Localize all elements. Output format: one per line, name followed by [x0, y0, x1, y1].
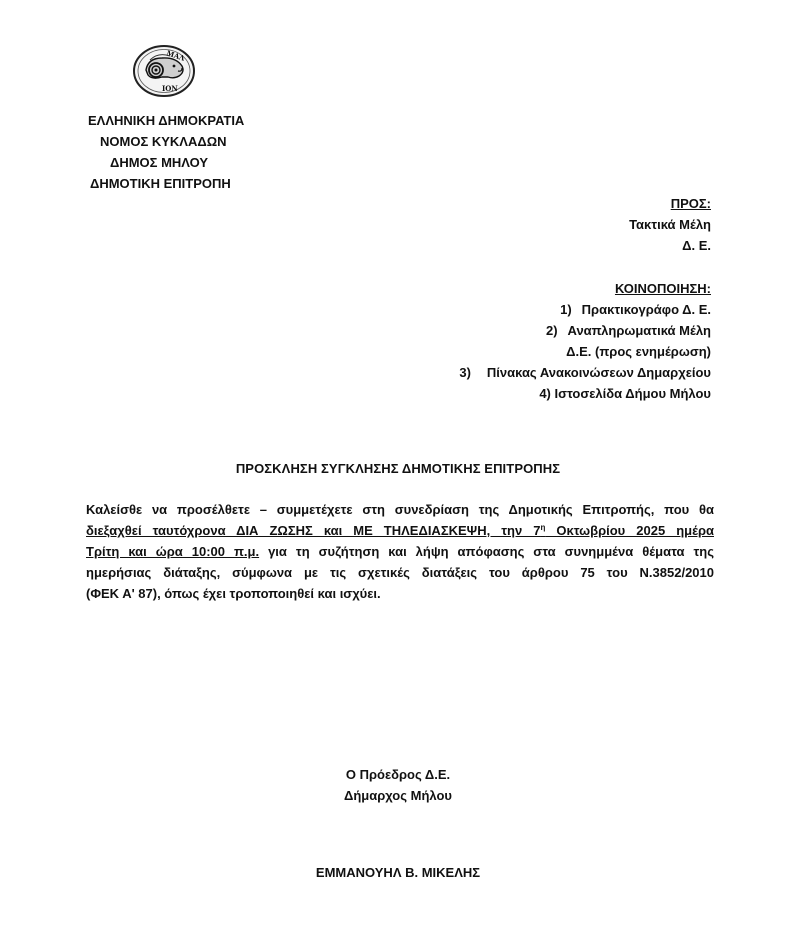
- cc-item: 3)Πίνακας Ανακοινώσεων Δημαρχείου: [351, 362, 711, 383]
- cc-item-text: Πίνακας Ανακοινώσεων Δημαρχείου: [487, 365, 711, 380]
- meeting-time-text: Τρίτη και ώρα 10:00 π.μ.: [86, 544, 259, 559]
- signature-block: Ο Πρόεδρος Δ.Ε. Δήμαρχος Μήλου: [0, 764, 796, 806]
- body-line-meeting-time: Τρίτη και ώρα 10:00 π.μ. για τη συζήτηση…: [86, 541, 714, 562]
- cc-item-number: 3): [459, 362, 471, 383]
- cc-item: 1)Πρακτικογράφο Δ. Ε.: [351, 299, 711, 320]
- to-line: Τακτικά Μέλη: [351, 214, 711, 235]
- meeting-date-text: Οκτωβρίου 2025 ημέρα: [545, 523, 714, 538]
- signatory-name: ΕΜΜΑΝΟΥΗΛ Β. ΜΙΚΕΛΗΣ: [0, 863, 796, 883]
- signatory-title: Δήμαρχος Μήλου: [0, 785, 796, 806]
- recipients-block: ΠΡΟΣ: Τακτικά Μέλη Δ. Ε. ΚΟΙΝΟΠΟΙΗΣΗ: 1)…: [351, 193, 711, 404]
- issuer-block: ΕΛΛΗΝΙΚΗ ΔΗΜΟΚΡΑΤΙΑ ΝΟΜΟΣ ΚΥΚΛΑΔΩΝ ΔΗΜΟΣ…: [84, 110, 268, 194]
- org-line-republic: ΕΛΛΗΝΙΚΗ ΔΗΜΟΚΡΑΤΙΑ: [84, 110, 268, 131]
- to-line: Δ. Ε.: [351, 235, 711, 256]
- cc-item-continuation: Δ.Ε. (προς ενημέρωση): [351, 341, 711, 362]
- to-label: ΠΡΟΣ:: [351, 193, 711, 214]
- cc-item-number: 2): [546, 320, 558, 341]
- body-line: Καλείσθε να προσέλθετε – συμμετέχετε στη…: [86, 499, 714, 520]
- cc-item-text: Πρακτικογράφο Δ. Ε.: [582, 302, 711, 317]
- cc-label: ΚΟΙΝΟΠΟΙΗΣΗ:: [351, 278, 711, 299]
- body-line: (ΦΕΚ Α' 87), όπως έχει τροποποιηθεί και …: [86, 583, 714, 604]
- cc-item-text: Αναπληρωματικά Μέλη: [568, 323, 711, 338]
- body-line-meeting-mode: διεξαχθεί ταυτόχρονα ΔΙΑ ΖΩΣΗΣ και ΜΕ ΤΗ…: [86, 520, 714, 541]
- cc-item-number: 1): [560, 299, 572, 320]
- signatory-role: Ο Πρόεδρος Δ.Ε.: [0, 764, 796, 785]
- document-title: ΠΡΟΣΚΛΗΣΗ ΣΥΓΚΛΗΣΗΣ ΔΗΜΟΤΙΚΗΣ ΕΠΙΤΡΟΠΗΣ: [0, 459, 796, 479]
- ancient-coin-ram-emblem-icon: ΜΑΛ ΙΟΝ: [132, 44, 196, 98]
- org-line-committee: ΔΗΜΟΤΙΚΗ ΕΠΙΤΡΟΠΗ: [84, 173, 268, 194]
- cc-item: 4) Ιστοσελίδα Δήμου Μήλου: [351, 383, 711, 404]
- document-page: ΜΑΛ ΙΟΝ ΕΛΛΗΝΙΚΗ ΔΗΜΟΚΡΑΤΙΑ ΝΟΜΟΣ ΚΥΚΛΑΔ…: [0, 0, 796, 945]
- org-line-prefecture: ΝΟΜΟΣ ΚΥΚΛΑΔΩΝ: [84, 131, 268, 152]
- svg-text:ΙΟΝ: ΙΟΝ: [162, 84, 178, 93]
- body-text-fragment: για τη συζήτηση και λήψη απόφασης στα συ…: [259, 544, 714, 559]
- org-line-municipality: ΔΗΜΟΣ ΜΗΛΟΥ: [84, 152, 268, 173]
- cc-item: 2)Αναπληρωματικά Μέλη: [351, 320, 711, 341]
- invitation-paragraph: Καλείσθε να προσέλθετε – συμμετέχετε στη…: [86, 499, 714, 604]
- meeting-mode-text: διεξαχθεί ταυτόχρονα ΔΙΑ ΖΩΣΗΣ και ΜΕ ΤΗ…: [86, 523, 540, 538]
- body-line: ημερήσιας διάταξης, σύμφωνα με τις σχετι…: [86, 562, 714, 583]
